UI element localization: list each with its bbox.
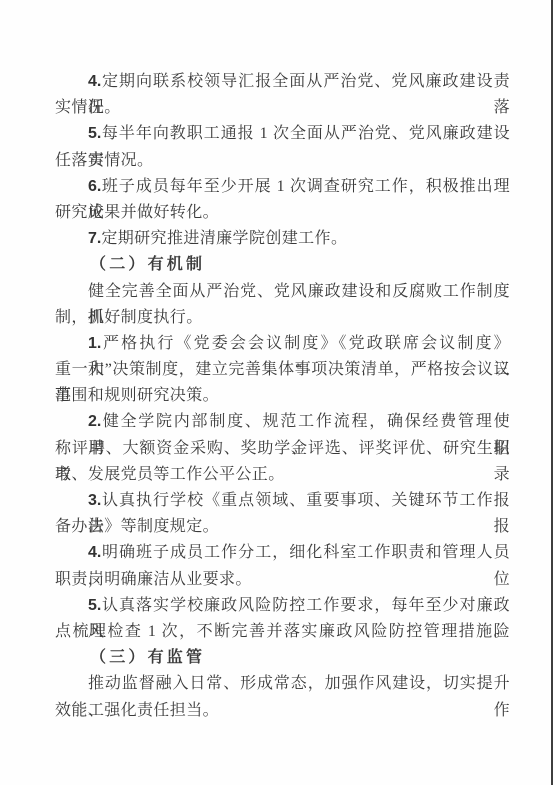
section-heading: （二）有机制	[55, 252, 510, 278]
text-line-content: 效能、强化责任担当。	[55, 702, 219, 719]
paragraph-number: 4.	[88, 73, 101, 90]
text-line-content: 范围和规则研究决策。	[55, 387, 219, 404]
text-line: 4.明确班子成员工作分工，细化科室工作职责和管理人员岗位	[55, 540, 510, 566]
text-line: 2.健全学院内部制度、规范工作流程，确保经费管理使用、职	[55, 409, 510, 435]
document-text-block: 4.定期向联系校领导汇报全面从严治党、党风廉政建设责任落 实情况。 5.每半年向…	[55, 69, 510, 724]
text-line: 5.每半年向教职工通报 1 次全面从严治党、党风廉政建设责	[55, 121, 510, 147]
text-line-content: 制，抓好制度执行。	[55, 309, 203, 326]
paragraph-number: 5.	[88, 125, 101, 142]
text-line-content: 研究成果并做好转化。	[55, 204, 219, 221]
text-line: 7.定期研究推进清廉学院创建工作。	[55, 226, 510, 252]
text-line: 健全完善全面从严治党、党风廉政建设和反腐败工作制度机	[55, 279, 510, 305]
paragraph-number: 7.	[88, 230, 101, 247]
paragraph-number: 6.	[88, 178, 101, 195]
text-line-content: 备办法》等制度规定。	[55, 518, 219, 535]
text-line: 称评聘、大额资金采购、奖助学金评选、评奖评优、研究生招考录	[55, 436, 510, 462]
text-line: 6.班子成员每年至少开展 1 次调查研究工作，积极推出理论	[55, 174, 510, 200]
text-line-content: 取、发展党员等工作公平公正。	[55, 466, 285, 483]
text-line: 1.严格执行《党委会会议制度》《党政联席会议制度》和“三	[55, 331, 510, 357]
text-line: 研究成果并做好转化。	[55, 200, 510, 226]
text-line: 制，抓好制度执行。	[55, 305, 510, 331]
paragraph-number: 1.	[88, 335, 101, 352]
text-line-content: 职责，明确廉洁从业要求。	[55, 571, 252, 588]
text-line: 任落实情况。	[55, 148, 510, 174]
text-line-content: 定期研究推进清廉学院创建工作。	[101, 230, 347, 247]
text-line: 3.认真执行学校《重点领域、重要事项、关键环节工作报告报	[55, 488, 510, 514]
paragraph-number: 5.	[88, 597, 101, 614]
text-line-content: 点梳理检查 1 次，不断完善并落实廉政风险防控管理措施。	[55, 623, 510, 640]
text-line: 范围和规则研究决策。	[55, 383, 510, 409]
text-line: 点梳理检查 1 次，不断完善并落实廉政风险防控管理措施。	[55, 619, 510, 645]
section-heading-text: （三）有监管	[90, 649, 205, 666]
text-line: 4.定期向联系校领导汇报全面从严治党、党风廉政建设责任落	[55, 69, 510, 95]
document-page: 4.定期向联系校领导汇报全面从严治党、党风廉政建设责任落 实情况。 5.每半年向…	[0, 0, 555, 785]
text-line: 重一大”决策制度，建立完善集体事项决策清单，严格按会议议事	[55, 357, 510, 383]
text-line: 推动监督融入日常、形成常态，加强作风建设，切实提升工作	[55, 671, 510, 697]
page-edge-line	[551, 0, 553, 785]
paragraph-number: 3.	[88, 492, 101, 509]
text-line-content: 定期向联系校领导汇报全面从严治党、党风廉政建设责任落	[88, 73, 510, 116]
section-heading-text: （二）有机制	[90, 256, 205, 273]
section-heading: （三）有监管	[55, 645, 510, 671]
text-line-content: 任落实情况。	[55, 152, 153, 169]
paragraph-number: 2.	[88, 413, 101, 430]
text-line: 5.认真落实学校廉政风险防控工作要求，每年至少对廉政风险	[55, 593, 510, 619]
paragraph-number: 4.	[88, 544, 101, 561]
text-line-content: 实情况。	[55, 99, 121, 116]
